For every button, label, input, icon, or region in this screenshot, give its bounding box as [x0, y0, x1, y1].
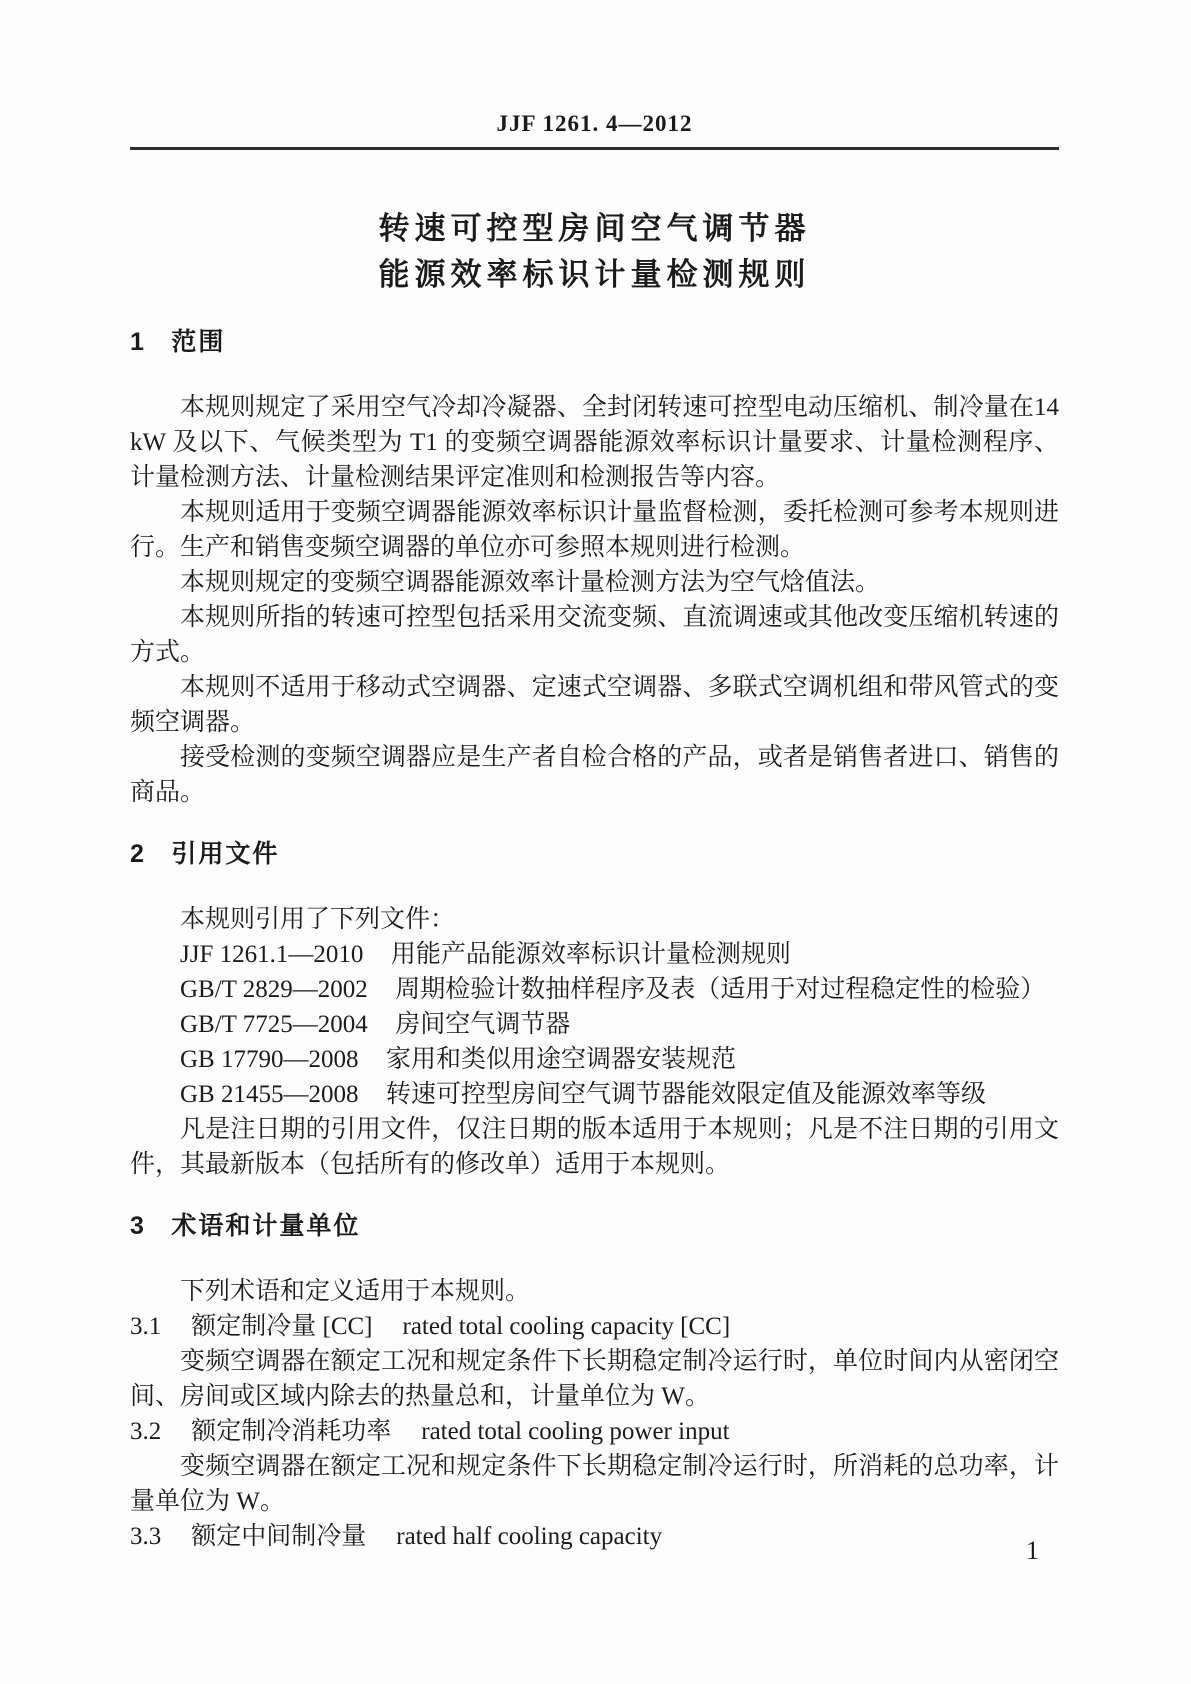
term-number: 3.2	[130, 1414, 161, 1449]
term-number: 3.3	[130, 1519, 161, 1554]
paragraph: 接受检测的变频空调器应是生产者自检合格的产品，或者是销售者进口、销售的商品。	[130, 740, 1059, 810]
page-content: JJF 1261. 4—2012 转速可控型房间空气调节器 能源效率标识计量检测…	[130, 0, 1059, 1554]
reference-code: GB/T 2829—2002	[180, 972, 368, 1007]
section-2-title: 引用文件	[171, 840, 279, 868]
term-zh-label: 额定制冷消耗功率	[191, 1414, 391, 1449]
paragraph: 凡是注日期的引用文件，仅注日期的版本适用于本规则；凡是不注日期的引用文件，其最新…	[130, 1112, 1059, 1182]
reference-item: GB 17790—2008家用和类似用途空调器安装规范	[130, 1042, 1059, 1077]
section-3-heading: 3术语和计量单位	[130, 1208, 1059, 1244]
term-en-label: rated total cooling capacity [CC]	[403, 1313, 731, 1340]
reference-title: 家用和类似用途空调器安装规范	[386, 1046, 736, 1073]
section-3-title: 术语和计量单位	[171, 1212, 360, 1240]
paragraph: 本规则规定的变频空调器能源效率计量检测方法为空气焓值法。	[130, 565, 1059, 600]
term-zh-label: 额定制冷量 [CC]	[191, 1309, 372, 1344]
term-definition: 变频空调器在额定工况和规定条件下长期稳定制冷运行时，单位时间内从密闭空间、房间或…	[130, 1344, 1059, 1414]
term-en-label: rated total cooling power input	[421, 1418, 729, 1445]
reference-code: GB 17790—2008	[180, 1042, 358, 1077]
term-en-label: rated half cooling capacity	[396, 1523, 662, 1550]
header-rule	[130, 147, 1059, 150]
doc-title-line-2: 能源效率标识计量检测规则	[130, 252, 1059, 298]
term-zh-label: 额定中间制冷量	[191, 1519, 366, 1554]
section-1-number: 1	[130, 324, 144, 360]
term-definition: 变频空调器在额定工况和规定条件下长期稳定制冷运行时，所消耗的总功率，计量单位为 …	[130, 1449, 1059, 1519]
section-1-title: 范围	[171, 328, 225, 356]
section-3-number: 3	[130, 1208, 144, 1244]
term-heading: 3.3额定中间制冷量rated half cooling capacity	[130, 1519, 1059, 1554]
section-2-number: 2	[130, 836, 144, 872]
section-2-heading: 2引用文件	[130, 836, 1059, 872]
doc-title-line-1: 转速可控型房间空气调节器	[130, 206, 1059, 252]
paragraph: 本规则所指的转速可控型包括采用交流变频、直流调速或其他改变压缩机转速的方式。	[130, 600, 1059, 670]
section-1-heading: 1范围	[130, 324, 1059, 360]
reference-item: GB/T 2829—2002周期检验计数抽样程序及表（适用于对过程稳定性的检验）	[130, 972, 1059, 1007]
reference-code: GB 21455—2008	[180, 1077, 358, 1112]
page-number: 1	[1026, 1536, 1039, 1566]
reference-item: JJF 1261.1—2010用能产品能源效率标识计量检测规则	[130, 937, 1059, 972]
doc-title: 转速可控型房间空气调节器 能源效率标识计量检测规则	[130, 206, 1059, 298]
reference-title: 房间空气调节器	[395, 1011, 570, 1038]
paragraph: 本规则规定了采用空气冷却冷凝器、全封闭转速可控型电动压缩机、制冷量在14 kW …	[130, 390, 1059, 495]
reference-code: GB/T 7725—2004	[180, 1007, 368, 1042]
document-page: JJF 1261. 4—2012 转速可控型房间空气调节器 能源效率标识计量检测…	[0, 0, 1191, 1684]
reference-title: 转速可控型房间空气调节器能效限定值及能源效率等级	[386, 1081, 986, 1108]
reference-code: JJF 1261.1—2010	[180, 937, 363, 972]
reference-title: 周期检验计数抽样程序及表（适用于对过程稳定性的检验）	[395, 976, 1045, 1003]
paragraph: 本规则不适用于移动式空调器、定速式空调器、多联式空调机组和带风管式的变频空调器。	[130, 670, 1059, 740]
reference-item: GB 21455—2008转速可控型房间空气调节器能效限定值及能源效率等级	[130, 1077, 1059, 1112]
term-heading: 3.1额定制冷量 [CC]rated total cooling capacit…	[130, 1309, 1059, 1344]
reference-item: GB/T 7725—2004房间空气调节器	[130, 1007, 1059, 1042]
term-heading: 3.2额定制冷消耗功率rated total cooling power inp…	[130, 1414, 1059, 1449]
reference-title: 用能产品能源效率标识计量检测规则	[391, 941, 791, 968]
paragraph: 本规则适用于变频空调器能源效率标识计量监督检测，委托检测可参考本规则进行。生产和…	[130, 495, 1059, 565]
term-number: 3.1	[130, 1309, 161, 1344]
doc-code-header: JJF 1261. 4—2012	[130, 0, 1059, 137]
paragraph: 本规则引用了下列文件：	[130, 902, 1059, 937]
paragraph: 下列术语和定义适用于本规则。	[130, 1274, 1059, 1309]
